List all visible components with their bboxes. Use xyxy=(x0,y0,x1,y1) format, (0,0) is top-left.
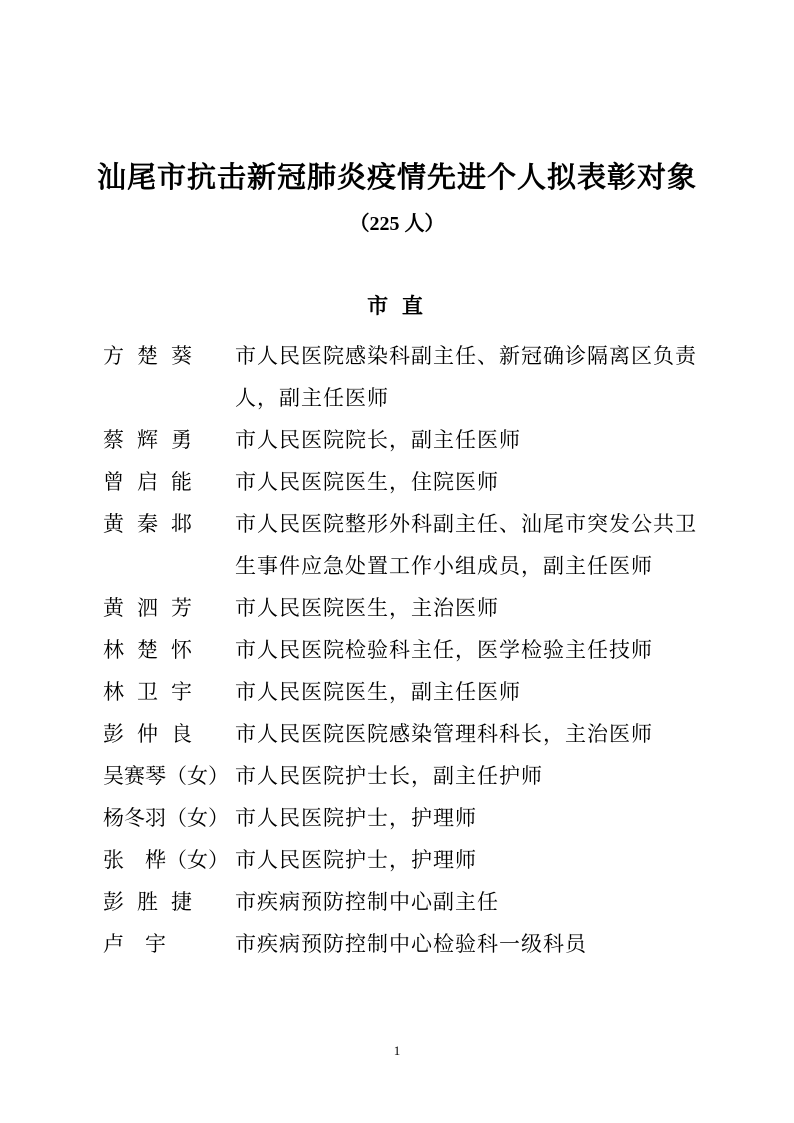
person-description: 市人民医院感染科副主任、新冠确诊隔离区负责人，副主任医师 xyxy=(235,335,701,419)
list-item: 曾启能 市人民医院医生，住院医师 xyxy=(103,461,701,503)
list-item: 方楚葵 市人民医院感染科副主任、新冠确诊隔离区负责人，副主任医师 xyxy=(103,335,701,419)
person-name: 林卫宇 xyxy=(103,671,235,713)
person-name: 杨冬羽（女） xyxy=(103,797,235,839)
person-name: 彭仲良 xyxy=(103,713,235,755)
list-item: 林卫宇 市人民医院医生，副主任医师 xyxy=(103,671,701,713)
person-description: 市人民医院护士，护理师 xyxy=(235,839,701,881)
person-name: 蔡辉勇 xyxy=(103,419,235,461)
person-description: 市人民医院医生，住院医师 xyxy=(235,461,701,503)
person-name: 吴赛琴（女） xyxy=(103,755,235,797)
list-item: 林楚怀 市人民医院检验科主任，医学检验主任技师 xyxy=(103,629,701,671)
document-title: 汕尾市抗击新冠肺炎疫情先进个人拟表彰对象 xyxy=(0,161,794,195)
person-description: 市疾病预防控制中心副主任 xyxy=(235,881,701,923)
list-item: 杨冬羽（女） 市人民医院护士，护理师 xyxy=(103,797,701,839)
person-description: 市人民医院医生，主治医师 xyxy=(235,587,701,629)
person-description: 市人民医院护士，护理师 xyxy=(235,797,701,839)
person-name: 黄泗芳 xyxy=(103,587,235,629)
person-description: 市人民医院护士长，副主任护师 xyxy=(235,755,701,797)
person-description: 市人民医院检验科主任，医学检验主任技师 xyxy=(235,629,701,671)
list-item: 张 桦（女） 市人民医院护士，护理师 xyxy=(103,839,701,881)
person-description: 市人民医院医生，副主任医师 xyxy=(235,671,701,713)
list-item: 卢 宇 市疾病预防控制中心检验科一级科员 xyxy=(103,923,701,965)
person-name: 彭胜捷 xyxy=(103,881,235,923)
person-name: 曾启能 xyxy=(103,461,235,503)
commendation-list: 方楚葵 市人民医院感染科副主任、新冠确诊隔离区负责人，副主任医师 蔡辉勇 市人民… xyxy=(103,335,701,965)
person-name: 方楚葵 xyxy=(103,335,235,377)
person-name: 林楚怀 xyxy=(103,629,235,671)
person-description: 市疾病预防控制中心检验科一级科员 xyxy=(235,923,701,965)
person-name: 张 桦（女） xyxy=(103,839,235,881)
section-heading: 市 直 xyxy=(0,294,794,320)
person-description: 市人民医院整形外科副主任、汕尾市突发公共卫生事件应急处置工作小组成员，副主任医师 xyxy=(235,503,701,587)
list-item: 吴赛琴（女） 市人民医院护士长，副主任护师 xyxy=(103,755,701,797)
document-subtitle-count: （225 人） xyxy=(0,211,794,237)
person-name: 黄秦邶 xyxy=(103,503,235,545)
list-item: 黄秦邶 市人民医院整形外科副主任、汕尾市突发公共卫生事件应急处置工作小组成员，副… xyxy=(103,503,701,587)
document-page: 汕尾市抗击新冠肺炎疫情先进个人拟表彰对象 （225 人） 市 直 方楚葵 市人民… xyxy=(0,0,794,1123)
page-number: 1 xyxy=(0,1042,794,1060)
person-description: 市人民医院院长，副主任医师 xyxy=(235,419,701,461)
list-item: 彭胜捷 市疾病预防控制中心副主任 xyxy=(103,881,701,923)
person-name: 卢 宇 xyxy=(103,923,235,965)
list-item: 黄泗芳 市人民医院医生，主治医师 xyxy=(103,587,701,629)
person-description: 市人民医院医院感染管理科科长，主治医师 xyxy=(235,713,701,755)
list-item: 蔡辉勇 市人民医院院长，副主任医师 xyxy=(103,419,701,461)
list-item: 彭仲良 市人民医院医院感染管理科科长，主治医师 xyxy=(103,713,701,755)
